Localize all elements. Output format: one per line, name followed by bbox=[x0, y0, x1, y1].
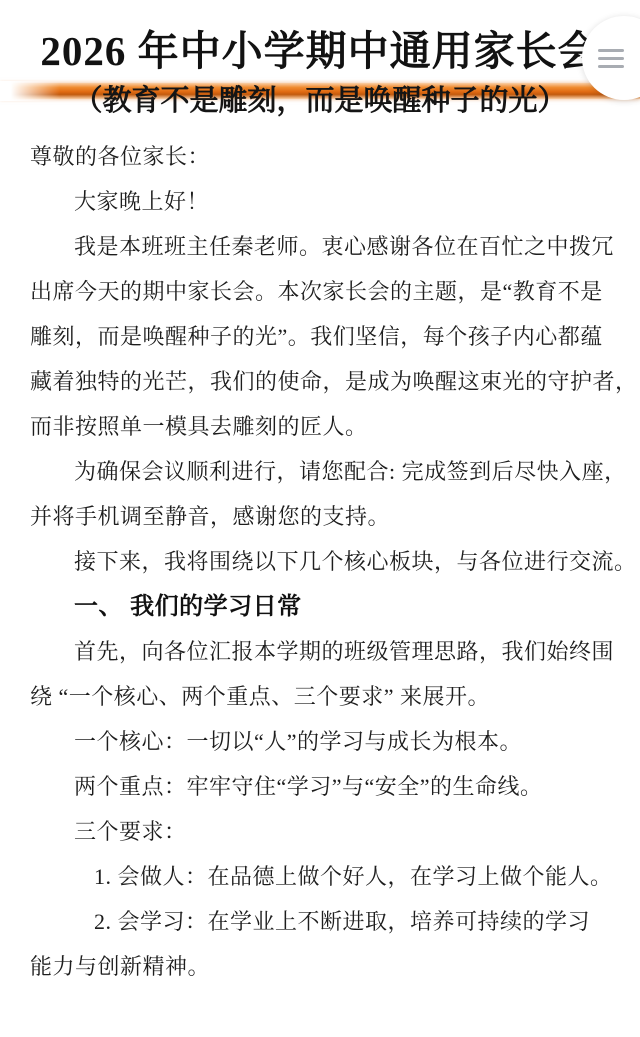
text-line: 出席今天的期中家长会。本次家长会的主题，是“教育不是 bbox=[30, 269, 610, 314]
text-line: 为确保会议顺利进行，请您配合: 完成签到后尽快入座， bbox=[30, 449, 610, 494]
document-page: 2026 年中小学期中通用家长会 （教育不是雕刻，而是唤醒种子的光） 尊敬的各位… bbox=[0, 0, 640, 1037]
salutation-line: 尊敬的各位家长： bbox=[30, 134, 610, 179]
numbered-list-item: 1. 会做人：在品德上做个好人，在学习上做个能人。 bbox=[30, 854, 610, 899]
document-title: 2026 年中小学期中通用家长会 bbox=[0, 0, 640, 78]
text-line: 一个核心：一切以“人”的学习与成长为根本。 bbox=[30, 719, 610, 764]
text-line: 并将手机调至静音，感谢您的支持。 bbox=[30, 494, 610, 539]
document-body: 尊敬的各位家长： 大家晚上好！ 我是本班班主任秦老师。衷心感谢各位在百忙之中拨冗… bbox=[0, 126, 640, 989]
text-line: 我是本班班主任秦老师。衷心感谢各位在百忙之中拨冗 bbox=[30, 224, 610, 269]
text-line: 接下来，我将围绕以下几个核心板块，与各位进行交流。 bbox=[30, 539, 610, 584]
text-line: 两个重点：牢牢守住“学习”与“安全”的生命线。 bbox=[30, 764, 610, 809]
text-line: 首先，向各位汇报本学期的班级管理思路，我们始终围 bbox=[30, 629, 610, 674]
text-line: 能力与创新精神。 bbox=[30, 944, 610, 989]
numbered-list-item: 2. 会学习：在学业上不断进取，培养可持续的学习 bbox=[30, 899, 610, 944]
text-line: 三个要求： bbox=[30, 809, 610, 854]
section-heading: 一、 我们的学习日常 bbox=[30, 584, 610, 629]
text-line: 雕刻，而是唤醒种子的光”。我们坚信，每个孩子内心都蕴 bbox=[30, 314, 610, 359]
subtitle-banner: （教育不是雕刻，而是唤醒种子的光） bbox=[0, 78, 640, 126]
text-line: 绕 “一个核心、两个重点、三个要求” 来展开。 bbox=[30, 674, 610, 719]
text-line: 藏着独特的光芒，我们的使命，是成为唤醒这束光的守护者， bbox=[30, 359, 610, 404]
text-line: 而非按照单一模具去雕刻的匠人。 bbox=[30, 404, 610, 449]
text-line: 大家晚上好！ bbox=[30, 179, 610, 224]
document-subtitle: （教育不是雕刻，而是唤醒种子的光） bbox=[0, 78, 640, 125]
